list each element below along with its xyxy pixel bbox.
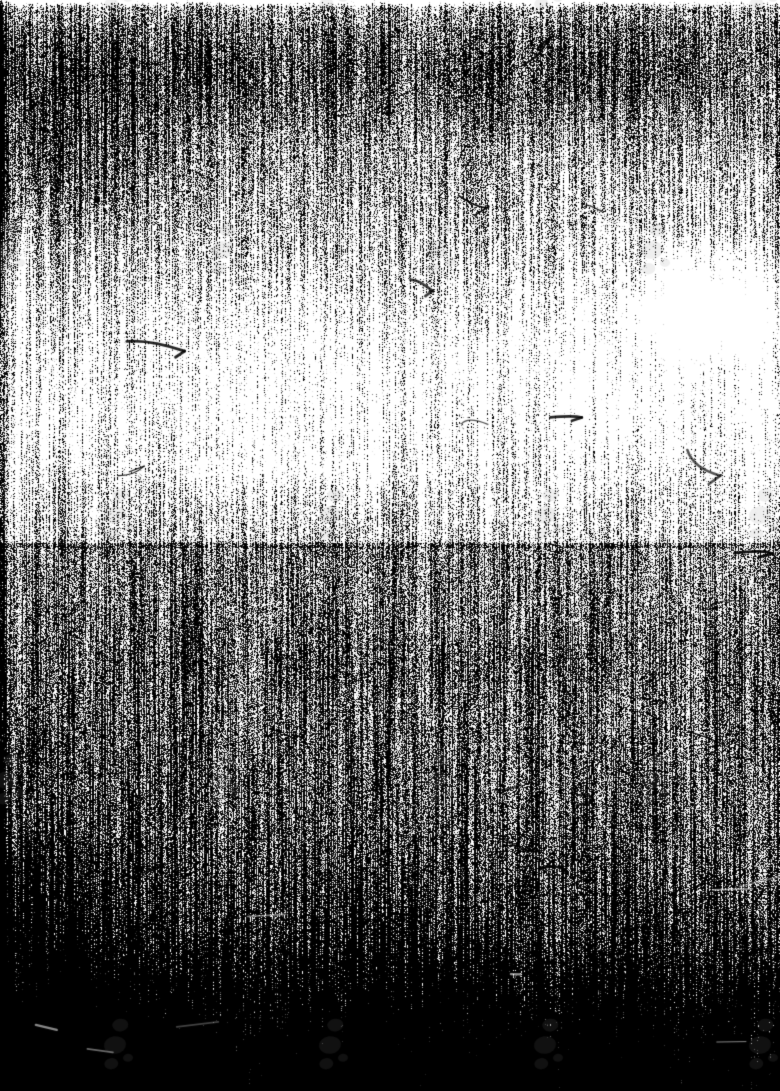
grunge-texture-image [0,0,780,1091]
grunge-texture-canvas [0,0,780,1091]
